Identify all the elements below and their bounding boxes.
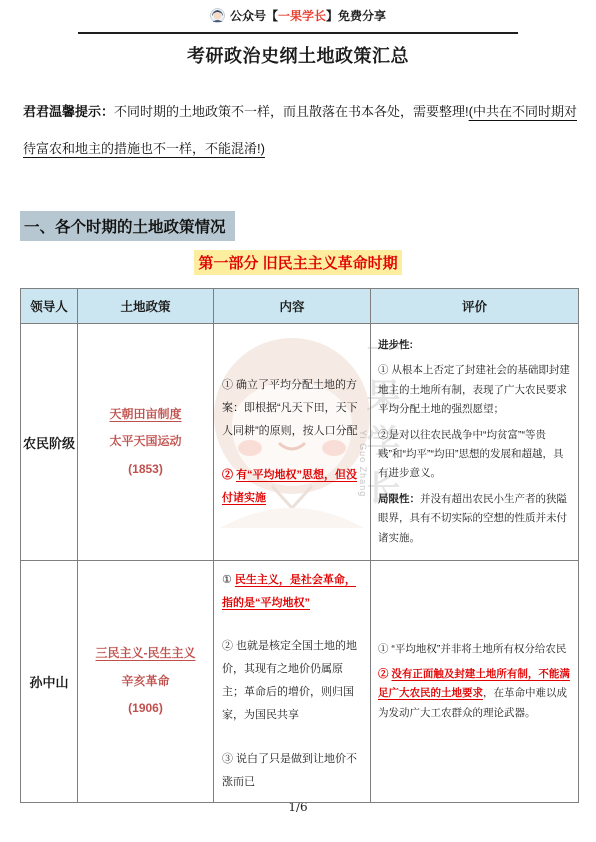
policy-name: 三民主义-民生主义 xyxy=(79,640,212,668)
part-title-row: 第一部分 旧民主主义革命时期 xyxy=(0,250,596,275)
col-header-evaluation: 评价 xyxy=(371,289,579,324)
policy-name: 天朝田亩制度 xyxy=(79,401,212,429)
tip-paragraph: 君君温馨提示：不同时期的土地政策不一样，而且散落在书本各处，需要整理!(中共在不… xyxy=(23,93,577,167)
tip-body: 不同时期的土地政策不一样，而且散落在书本各处，需要整理! xyxy=(114,104,469,119)
section-heading: 一、各个时期的土地政策情况 xyxy=(20,211,235,241)
evaluation-point: ① 从根本上否定了封建社会的基础即封建地主的土地所有制，表现了广大农民要求平均分… xyxy=(378,361,571,419)
table-header-row: 领导人 土地政策 内容 评价 xyxy=(21,289,579,324)
policy-cell: 天朝田亩制度 太平天国运动 (1853) xyxy=(78,324,214,561)
header-banner: 公众号【一果学长】免费分享 xyxy=(78,7,518,34)
leader-cell: 孙中山 xyxy=(21,561,78,803)
evaluation-point: ② 没有正面触及封建土地所有制，不能满足广大农民的土地要求，在革命中难以成为发动… xyxy=(378,665,571,723)
policy-year: (1906) xyxy=(79,695,212,723)
col-header-leader: 领导人 xyxy=(21,289,78,324)
content-cell: ① 民生主义，是社会革命，指的是“平均地权” ② 也就是核定全国土地的地价，其现… xyxy=(214,561,371,803)
banner-brand-name: 一果学长 xyxy=(278,9,326,23)
banner-text-prefix: 公众号【 xyxy=(230,9,278,23)
content-cell: ① 确立了平均分配土地的方案：即根据“凡天下田，天下人同耕”的原则，按人口分配 … xyxy=(214,324,371,561)
tip-label: 君君温馨提示： xyxy=(23,104,114,119)
page-title: 考研政治史纲土地政策汇总 xyxy=(0,42,596,68)
table-row-peasant-class: 农民阶级 天朝田亩制度 太平天国运动 (1853) ① 确立了平均分配土地的方案… xyxy=(21,324,579,561)
policy-movement: 太平天国运动 xyxy=(79,428,212,456)
evaluation-point: ②是对以往农民战争中“均贫富”“等贵贱”和“均平”“均田”思想的发展和超越，具有… xyxy=(378,426,571,484)
evaluation-cell: 进步性: ① 从根本上否定了封建社会的基础即封建地主的土地所有制，表现了广大农民… xyxy=(371,324,579,561)
leader-cell: 农民阶级 xyxy=(21,324,78,561)
content-point: ② 也就是核定全国土地的地价，其现有之地价仍属原主；革命后的增价，则归国家，为国… xyxy=(222,635,362,727)
evaluation-heading: 进步性: xyxy=(378,336,571,355)
col-header-policy: 土地政策 xyxy=(78,289,214,324)
evaluation-point: ① “平均地权”并非将土地所有权分给农民 xyxy=(378,640,571,659)
content-point: ① 民生主义，是社会革命，指的是“平均地权” xyxy=(222,569,362,615)
document-page: 公众号【一果学长】免费分享 考研政治史纲土地政策汇总 君君温馨提示：不同时期的土… xyxy=(0,0,596,842)
policy-movement: 辛亥革命 xyxy=(79,668,212,696)
policy-year: (1853) xyxy=(79,456,212,484)
table-row-sun-yat-sen: 孙中山 三民主义-民生主义 辛亥革命 (1906) ① 民生主义，是社会革命，指… xyxy=(21,561,579,803)
policy-cell: 三民主义-民生主义 辛亥革命 (1906) xyxy=(78,561,214,803)
content-point: ① 确立了平均分配土地的方案：即根据“凡天下田，天下人同耕”的原则，按人口分配 xyxy=(222,374,362,443)
content-point: ③ 说白了只是做到让地价不涨而已 xyxy=(222,748,362,794)
content-point: ② 有“平均地权”思想，但没付诸实施 xyxy=(222,464,362,510)
evaluation-point: 局限性：并没有超出农民小生产者的狭隘眼界，具有不切实际的空想的性质并未付诸实施。 xyxy=(378,490,571,548)
evaluation-cell: ① “平均地权”并非将土地所有权分给农民 ② 没有正面触及封建土地所有制，不能满… xyxy=(371,561,579,803)
col-header-content: 内容 xyxy=(214,289,371,324)
part-title: 第一部分 旧民主主义革命时期 xyxy=(194,250,401,275)
banner-text-suffix: 】免费分享 xyxy=(326,9,386,23)
avatar-icon xyxy=(210,8,225,26)
land-policy-table: 领导人 土地政策 内容 评价 农民阶级 天朝田亩制度 太平天国运动 (1853)… xyxy=(20,288,579,803)
